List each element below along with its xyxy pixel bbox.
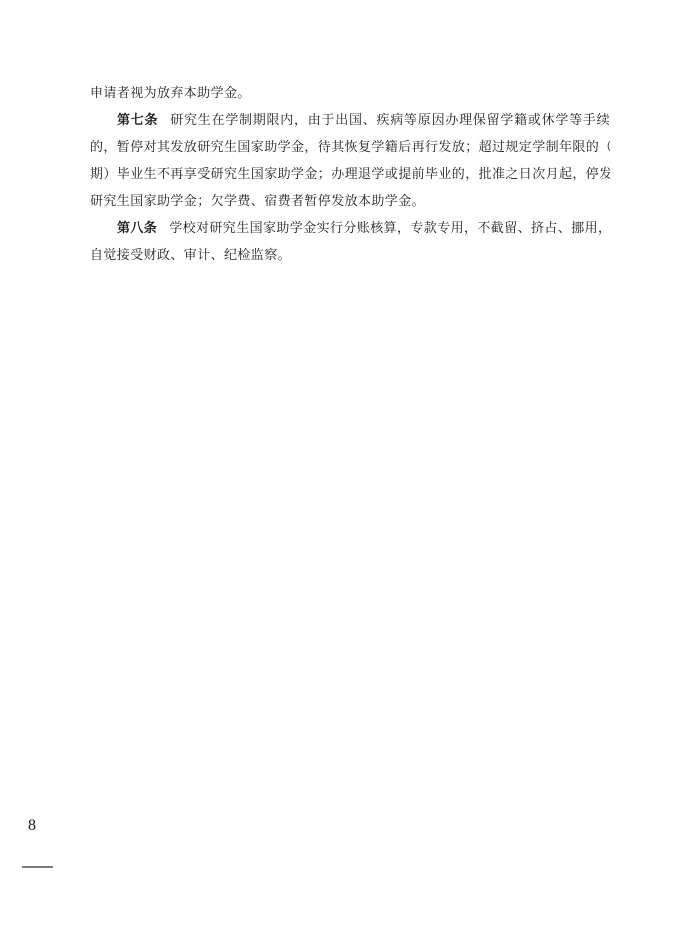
article-7-label: 第七条 <box>117 112 158 127</box>
paragraph-end-text: 申请者视为放弃本助学金。 <box>90 85 251 100</box>
text-line: 第八条学校对研究生国家助学金实行分账核算，专款专用，不截留、挤占、挪用，并 <box>90 214 610 241</box>
article-7-text: 研究生在学制期限内，由于出国、疾病等原因办理保留学籍或休学等手续 <box>170 112 610 127</box>
text-line: 申请者视为放弃本助学金。 <box>90 79 610 106</box>
article-8-label: 第八条 <box>117 220 157 235</box>
page-number: 8 <box>28 816 36 836</box>
article-7-text-continued: 期）毕业生不再享受研究生国家助学金；办理退学或提前毕业的，批准之日次月起，停发其 <box>90 166 610 181</box>
text-line: 自觉接受财政、审计、纪检监察。 <box>90 241 610 268</box>
article-7-text-end: 研究生国家助学金；欠学费、宿费者暂停发放本助学金。 <box>90 193 425 208</box>
text-line: 的，暂停对其发放研究生国家助学金，待其恢复学籍后再行发放；超过规定学制年限的（延 <box>90 133 610 160</box>
body-text: 申请者视为放弃本助学金。 第七条研究生在学制期限内，由于出国、疾病等原因办理保留… <box>90 79 610 268</box>
footer-rule <box>22 866 53 868</box>
text-line: 期）毕业生不再享受研究生国家助学金；办理退学或提前毕业的，批准之日次月起，停发其 <box>90 160 610 187</box>
article-8-text: 学校对研究生国家助学金实行分账核算，专款专用，不截留、挤占、挪用，并 <box>169 220 610 235</box>
article-8-text-end: 自觉接受财政、审计、纪检监察。 <box>90 247 291 262</box>
text-line: 第七条研究生在学制期限内，由于出国、疾病等原因办理保留学籍或休学等手续 <box>90 106 610 133</box>
article-7-text-continued: 的，暂停对其发放研究生国家助学金，待其恢复学籍后再行发放；超过规定学制年限的（延 <box>90 139 610 154</box>
text-line: 研究生国家助学金；欠学费、宿费者暂停发放本助学金。 <box>90 187 610 214</box>
document-page: 申请者视为放弃本助学金。 第七条研究生在学制期限内，由于出国、疾病等原因办理保留… <box>0 0 700 949</box>
